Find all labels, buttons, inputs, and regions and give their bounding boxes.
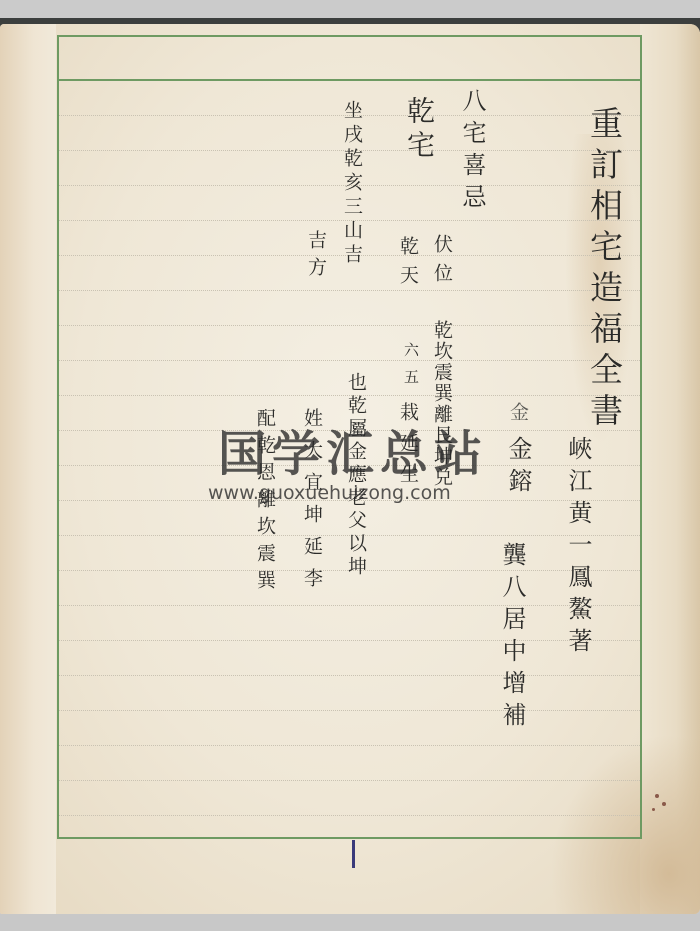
qian-tian: 乾天 [398, 236, 417, 294]
page-stain-left [0, 24, 56, 914]
editor-name: 金鎔 [506, 436, 530, 500]
page-mark-stroke [352, 840, 355, 868]
watermark-url: www.guoxuehuizong.com [208, 482, 451, 504]
ruled-line [59, 675, 640, 676]
ruled-line [59, 290, 640, 291]
liu-wu: 六五 [403, 342, 418, 396]
fuwei-label: 伏位 [432, 234, 451, 292]
ruled-line [59, 745, 640, 746]
viewer-bottom-bar [0, 914, 700, 931]
editor-prefix: 金 [508, 402, 527, 431]
line-zuo: 坐戌乾亥三山吉 [342, 100, 361, 268]
header-rule [59, 79, 640, 81]
ruled-line [59, 815, 640, 816]
book-title: 重訂相宅造福全書 [588, 106, 621, 434]
viewer-top-bar [0, 0, 700, 18]
watermark-title: 国学汇总站 [218, 415, 488, 484]
ruled-line [59, 325, 640, 326]
section-heading: 八宅喜忌 [460, 88, 484, 216]
ruled-line [59, 780, 640, 781]
ruled-line [59, 710, 640, 711]
ruled-line [59, 605, 640, 606]
author-line: 峽江黄一鳳鰲著 [566, 436, 590, 660]
ji-fang: 吉方 [306, 230, 325, 284]
editor-line: 龔八居中增補 [500, 542, 524, 734]
house-name: 乾宅 [405, 96, 433, 164]
ruled-line [59, 360, 640, 361]
ruled-line [59, 640, 640, 641]
